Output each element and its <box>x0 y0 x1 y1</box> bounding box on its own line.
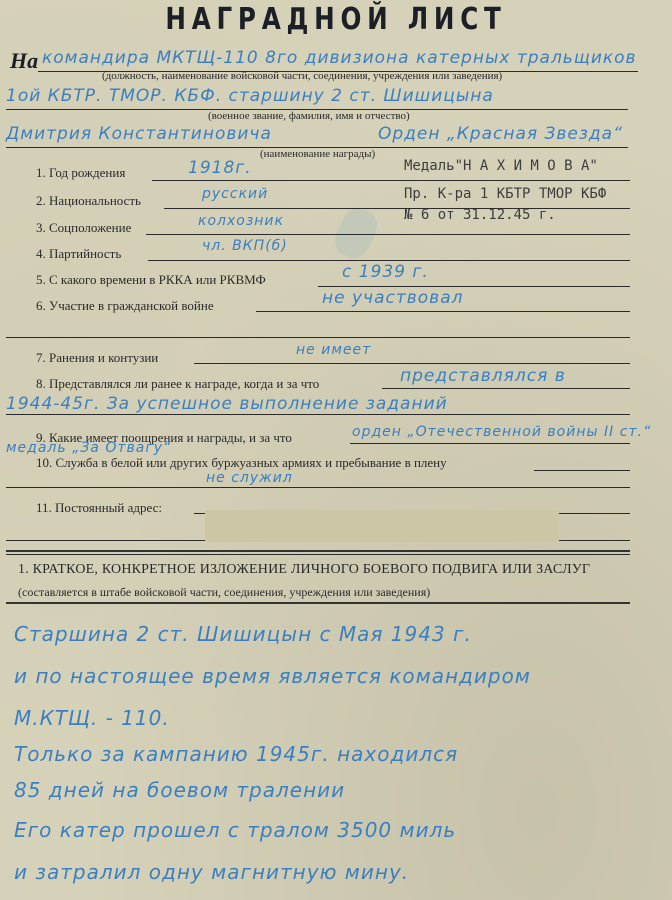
narrative-line: и затралил одну магнитную мину. <box>14 860 409 884</box>
field-white-army-label: 10. Служба в белой или других буржуазных… <box>36 455 447 471</box>
field-service-since-label: 5. С какого времени в РККА или РКВМФ <box>36 272 266 288</box>
field-nationality-label: 2. Национальность <box>36 193 141 209</box>
narrative-line: М.КТЩ. - 110. <box>14 706 170 730</box>
field-civil-war-line <box>256 311 630 312</box>
field-prior-award-value: представлялся в <box>400 366 566 386</box>
field-address-label: 11. Постоянный адрес: <box>36 500 162 516</box>
address-redaction <box>205 510 559 542</box>
field-social-line <box>146 234 630 235</box>
field-nationality-line <box>164 208 630 209</box>
field-social-value: колхозник <box>198 213 284 229</box>
field-party-label: 4. Партийность <box>36 246 121 262</box>
patronymic-value: Дмитрия Константиновича <box>6 124 272 144</box>
award-caption: (наименование награды) <box>260 148 375 160</box>
position-value: командира МКТЩ-110 8го дивизиона катерны… <box>42 48 637 68</box>
field-party-value: чл. ВКП(б) <box>202 238 288 254</box>
award-name-value: Орден „Красная Звезда“ <box>378 124 623 144</box>
field-wounds-line <box>194 363 630 364</box>
typed-medal: Медаль"Н А Х И М О В А" <box>404 158 598 174</box>
field-white-army-line <box>534 470 630 471</box>
narrative-line: Старшина 2 ст. Шишицын с Мая 1943 г. <box>14 622 472 646</box>
rank-name-value: 1ой КБТР. ТМОР. КБФ. старшину 2 ст. Шиши… <box>6 86 494 106</box>
position-caption: (должность, наименование войсковой части… <box>102 70 502 82</box>
field-wounds-value: не имеет <box>296 342 371 358</box>
narrative-line: Только за кампанию 1945г. находился <box>14 742 458 766</box>
typed-order-ref: Пр. К-ра 1 КБТР ТМОР КБФ <box>404 186 606 202</box>
section-heading: 1. КРАТКОЕ, КОНКРЕТНОЕ ИЗЛОЖЕНИЕ ЛИЧНОГО… <box>18 562 590 578</box>
narrative-line: 85 дней на боевом тралении <box>14 778 345 802</box>
field-civil-war-label: 6. Участие в гражданской войне <box>36 298 214 314</box>
field-party-line <box>148 260 630 261</box>
field-birth-year-value: 1918г. <box>188 158 252 178</box>
field-prior-award-label: 8. Представлялся ли ранее к награде, ког… <box>36 376 319 392</box>
narrative-line: и по настоящее время является командиром <box>14 664 531 688</box>
field-social-label: 3. Соцположение <box>36 220 131 236</box>
typed-order-number: № 6 от 31.12.45 г. <box>404 207 556 223</box>
field-wounds-label: 7. Ранения и контузии <box>36 350 158 366</box>
field-service-since-line <box>318 286 630 287</box>
rank-name-caption: (военное звание, фамилия, имя и отчество… <box>208 110 410 122</box>
narrative-line: Его катер прошел с тралом 3500 миль <box>14 818 456 842</box>
section-top-rule-2 <box>6 554 630 555</box>
field-nationality-value: русский <box>202 186 268 202</box>
field-civil-war-value: не участвовал <box>322 288 463 308</box>
document-title: НАГРАДНОЙ ЛИСТ <box>60 2 611 37</box>
field-prior-award-value-2: 1944-45г. За успешное выполнение заданий <box>6 394 448 414</box>
field-prior-award-line-2 <box>6 414 630 415</box>
field-white-army-value: не служил <box>206 470 293 486</box>
section-top-rule <box>6 550 630 552</box>
na-label: На <box>10 48 38 74</box>
field-awards-value: орден „Отечественной войны II ст.“ <box>352 424 651 440</box>
field-service-since-value: с 1939 г. <box>342 262 429 282</box>
field-prior-award-line <box>382 388 630 389</box>
field-awards-value-2: медаль „За Отвагу“ <box>6 440 171 456</box>
section-subheading: (составляется в штабе войсковой части, с… <box>18 585 430 600</box>
field-civil-war-line-2 <box>6 337 630 338</box>
field-white-army-line-2 <box>6 487 630 488</box>
field-birth-year-line <box>152 180 630 181</box>
field-awards-line <box>350 443 630 444</box>
section-bottom-rule <box>6 602 630 604</box>
field-birth-year-label: 1. Год рождения <box>36 165 125 181</box>
